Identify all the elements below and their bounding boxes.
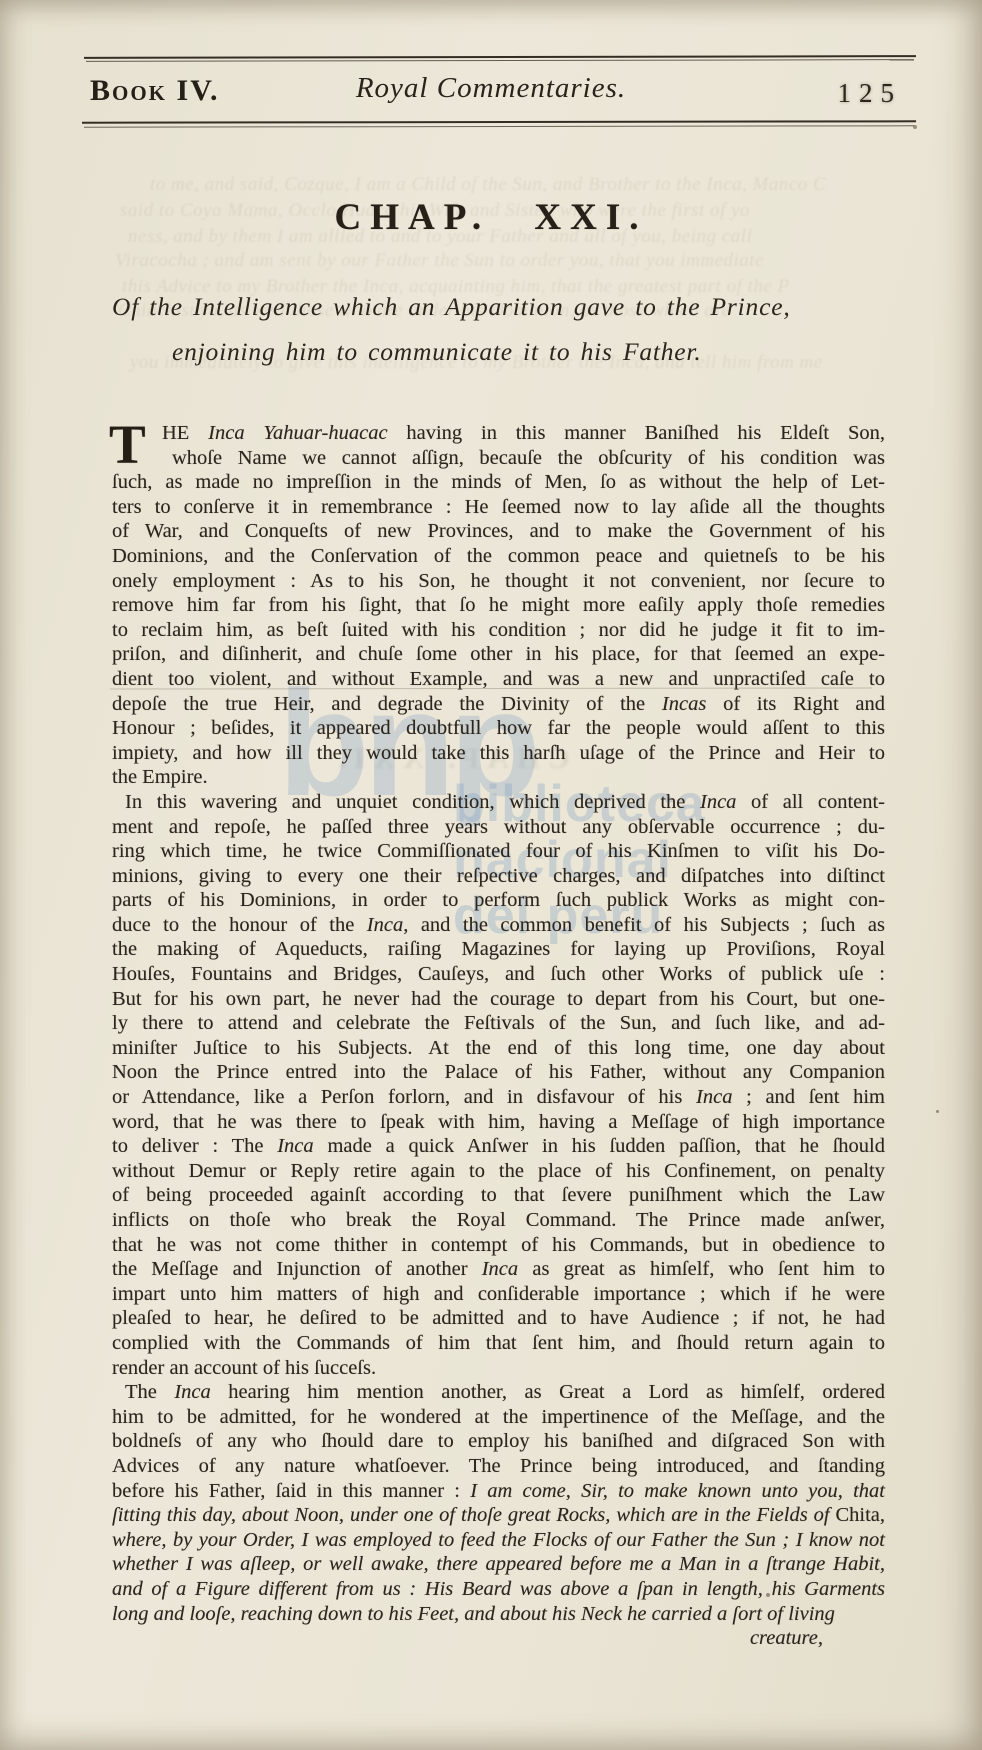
header-rule-bottom [82, 120, 916, 123]
text-line: ſitting this day, about Noon, under one … [112, 1503, 885, 1528]
text-line: him to be admitted, for he wondered at t… [112, 1405, 885, 1430]
text-line: of War, and Conqueſts of new Provinces, … [112, 519, 885, 544]
header-rule-bottom-thin [84, 125, 914, 127]
text-line: parts of his Dominions, in order to perf… [112, 888, 885, 913]
text-line: Honour ; beſides, it appeared doubtfull … [112, 716, 885, 741]
text-line: The Inca hearing him mention another, as… [112, 1380, 885, 1405]
text-line: impiety, and how ill they would take thi… [112, 741, 885, 766]
text-line: pleaſed to hear, he deſired to be admitt… [112, 1306, 885, 1331]
text-line: long and looſe, reaching down to his Fee… [112, 1602, 885, 1627]
paragraph: In this wavering and unquiet condition, … [112, 790, 885, 1380]
bleedthrough-text: Viracocha ; and am sent by our Father th… [115, 250, 764, 272]
bleedthrough-text: to me, and said, Cozque, I am a Child of… [150, 174, 826, 196]
catchword: creature, [112, 1626, 885, 1651]
chapter-subtitle-line1: Of the Intelligence which an Apparition … [112, 292, 791, 322]
text-line: minions, giving to every one their reſpe… [112, 864, 885, 889]
text-line: impart unto him matters of high and conſ… [112, 1282, 885, 1307]
body-text: THE Inca Yahuar-huacac having in this ma… [112, 421, 885, 1651]
text-line: and of a Figure different from us : His … [112, 1577, 885, 1602]
text-line: Dominions, and the Conſervation of the c… [112, 544, 885, 569]
text-line: remove him far from his ſight, that ſo h… [112, 593, 885, 618]
text-line: whoſe Name we cannot aſſign, becauſe the… [112, 446, 885, 471]
text-line: that he was not come thither in contempt… [112, 1233, 885, 1258]
text-line: ring which time, he twice Commiſſionated… [112, 839, 885, 864]
text-line: ters to conſerve it in remembrance : He … [112, 495, 885, 520]
text-line: In this wavering and unquiet condition, … [112, 790, 885, 815]
text-line: miniſter Juſtice to his Subjects. At the… [112, 1036, 885, 1061]
text-line: priſon, and diſinherit, and chuſe ſome o… [112, 642, 885, 667]
text-line: HE Inca Yahuar-huacac having in this man… [112, 421, 885, 446]
page-number: 125 [838, 78, 903, 109]
text-line: where, by your Order, I was employed to … [112, 1528, 885, 1553]
text-line: inflicts on thoſe who break the Royal Co… [112, 1208, 885, 1233]
text-line: or Attendance, like a Perſon forlorn, an… [112, 1085, 885, 1110]
header-rule-top-thin [86, 59, 914, 62]
text-line: boldneſs of any who ſhould dare to emplo… [112, 1429, 885, 1454]
text-line: render an account of his ſucceſs. [112, 1356, 885, 1381]
text-line: of being proceeded againſt according to … [112, 1183, 885, 1208]
paragraph: The Inca hearing him mention another, as… [112, 1380, 885, 1626]
text-line: Advices of any nature whatſoever. The Pr… [112, 1454, 885, 1479]
header-rule-top [84, 55, 916, 59]
text-line: Houſes, Fountains and Bridges, Cauſeys, … [112, 962, 885, 987]
ink-speck [936, 1110, 939, 1113]
drop-cap: T [109, 422, 146, 468]
text-line: duce to the honour of the Inca, and the … [112, 913, 885, 938]
chapter-heading: CHAP. XXI. [0, 196, 982, 239]
ink-speck [913, 125, 917, 129]
text-line: to reclaim him, as beſt ſuited with his … [112, 618, 885, 643]
text-line: before his Father, ſaid in this manner :… [112, 1479, 885, 1504]
text-line: the Empire. [112, 765, 885, 790]
text-line: without Demur or Reply retire again to t… [112, 1159, 885, 1184]
chapter-subtitle-line2: enjoining him to communicate it to his F… [172, 337, 702, 367]
text-line: the Meſſage and Injunction of another In… [112, 1257, 885, 1282]
text-line: ſuch, as made no impreſſion in the minds… [112, 470, 885, 495]
text-line: depoſe the true Heir, and degrade the Di… [112, 692, 885, 717]
text-line: ly there to attend and celebrate the Feſ… [112, 1011, 885, 1036]
text-line: But for his own part, he never had the c… [112, 987, 885, 1012]
text-line: Noon the Prince entred into the Palace o… [112, 1060, 885, 1085]
text-line: onely employment : As to his Son, he tho… [112, 569, 885, 594]
text-line: ment and repoſe, he paſſed three years w… [112, 815, 885, 840]
book-page: to me, and said, Cozque, I am a Child of… [0, 0, 982, 1750]
running-title: Royal Commentaries. [0, 72, 982, 105]
text-line: word, that he was there to ſpeak with hi… [112, 1110, 885, 1135]
text-line: to deliver : The Inca made a quick Anſwe… [112, 1134, 885, 1159]
text-line: the making of Aqueducts, raiſing Magazin… [112, 937, 885, 962]
text-line: complied with the Commands of him that ſ… [112, 1331, 885, 1356]
text-line: whether I was aſleep, or well awake, the… [112, 1552, 885, 1577]
ink-speck [766, 1593, 770, 1597]
paragraph: THE Inca Yahuar-huacac having in this ma… [112, 421, 885, 790]
